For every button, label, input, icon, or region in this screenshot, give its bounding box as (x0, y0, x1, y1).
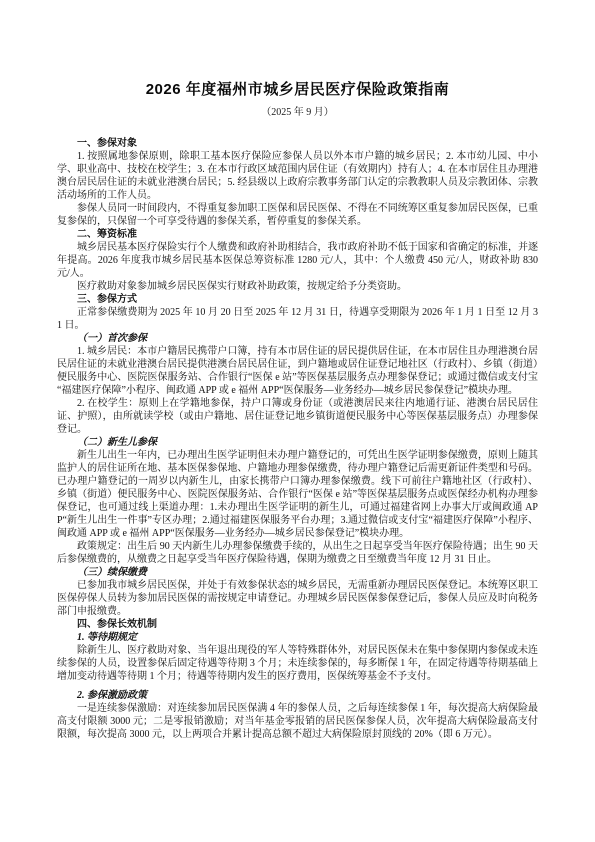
document-body: 一、参保对象1. 按照属地参保原则，除职工基本医疗保险应参保人员以外本市户籍的城… (57, 137, 538, 741)
paragraph: 1. 按照属地参保原则，除职工基本医疗保险应参保人员以外本市户籍的城乡居民；2.… (57, 150, 538, 202)
page-subtitle: （2025 年 9 月） (57, 106, 538, 120)
paragraph: 城乡居民基本医疗保险实行个人缴费和政府补助相结合，我市政府补助不低于国家和省确定… (57, 241, 538, 280)
paragraph: 政策规定：出生后 90 天内新生儿办理参保缴费手续的，从出生之日起享受当年医疗保… (57, 540, 538, 566)
paragraph: 新生儿出生一年内，已办理出生医学证明但未办理户籍登记的，可凭出生医学证明参保缴费… (57, 449, 538, 540)
paragraph: 一是连续参保激励：对连续参加居民医保满 4 年的参保人员，之后每连续参保 1 年… (57, 702, 538, 741)
section-heading: 一、参保对象 (57, 137, 538, 150)
section-heading: 四、参保长效机制 (57, 618, 538, 631)
paragraph: 参保人员同一时间段内，不得重复参加职工医保和居民医保、不得在不同统筹区重复参加居… (57, 202, 538, 228)
subsection-heading: 2. 参保激励政策 (57, 689, 538, 702)
subsection-heading: （一）首次参保 (57, 332, 538, 345)
page-title: 2026 年度福州市城乡居民医疗保险政策指南 (57, 80, 538, 100)
paragraph: 1. 城乡居民：本市户籍居民携带户口簿，持有本市居住证的居民提供居住证，在本市居… (57, 345, 538, 397)
subsection-heading: （三）续保缴费 (57, 566, 538, 579)
paragraph: 正常参保缴费期为 2025 年 10 月 20 日至 2025 年 12 月 3… (57, 306, 538, 332)
section-heading: 三、参保方式 (57, 293, 538, 306)
paragraph: 除新生儿、医疗救助对象、当年退出现役的军人等特殊群体外，对居民医保未在集中参保期… (57, 644, 538, 683)
paragraph: 2. 在校学生：原则上在学籍地参保，持户口簿或身份证（或港澳居民来往内地通行证、… (57, 397, 538, 436)
paragraph: 医疗救助对象参加城乡居民医保实行财政补助政策，按规定给予分类资助。 (57, 280, 538, 293)
subsection-heading: 1. 等待期规定 (57, 631, 538, 644)
document-content: 2026 年度福州市城乡居民医疗保险政策指南 （2025 年 9 月） 一、参保… (57, 80, 538, 741)
section-heading: 二、筹资标准 (57, 228, 538, 241)
subsection-heading: （二）新生儿参保 (57, 436, 538, 449)
document-page: 2026 年度福州市城乡居民医疗保险政策指南 （2025 年 9 月） 一、参保… (0, 0, 595, 842)
paragraph: 已参加我市城乡居民医保，并处于有效参保状态的城乡居民，无需重新办理居民医保登记。… (57, 579, 538, 618)
